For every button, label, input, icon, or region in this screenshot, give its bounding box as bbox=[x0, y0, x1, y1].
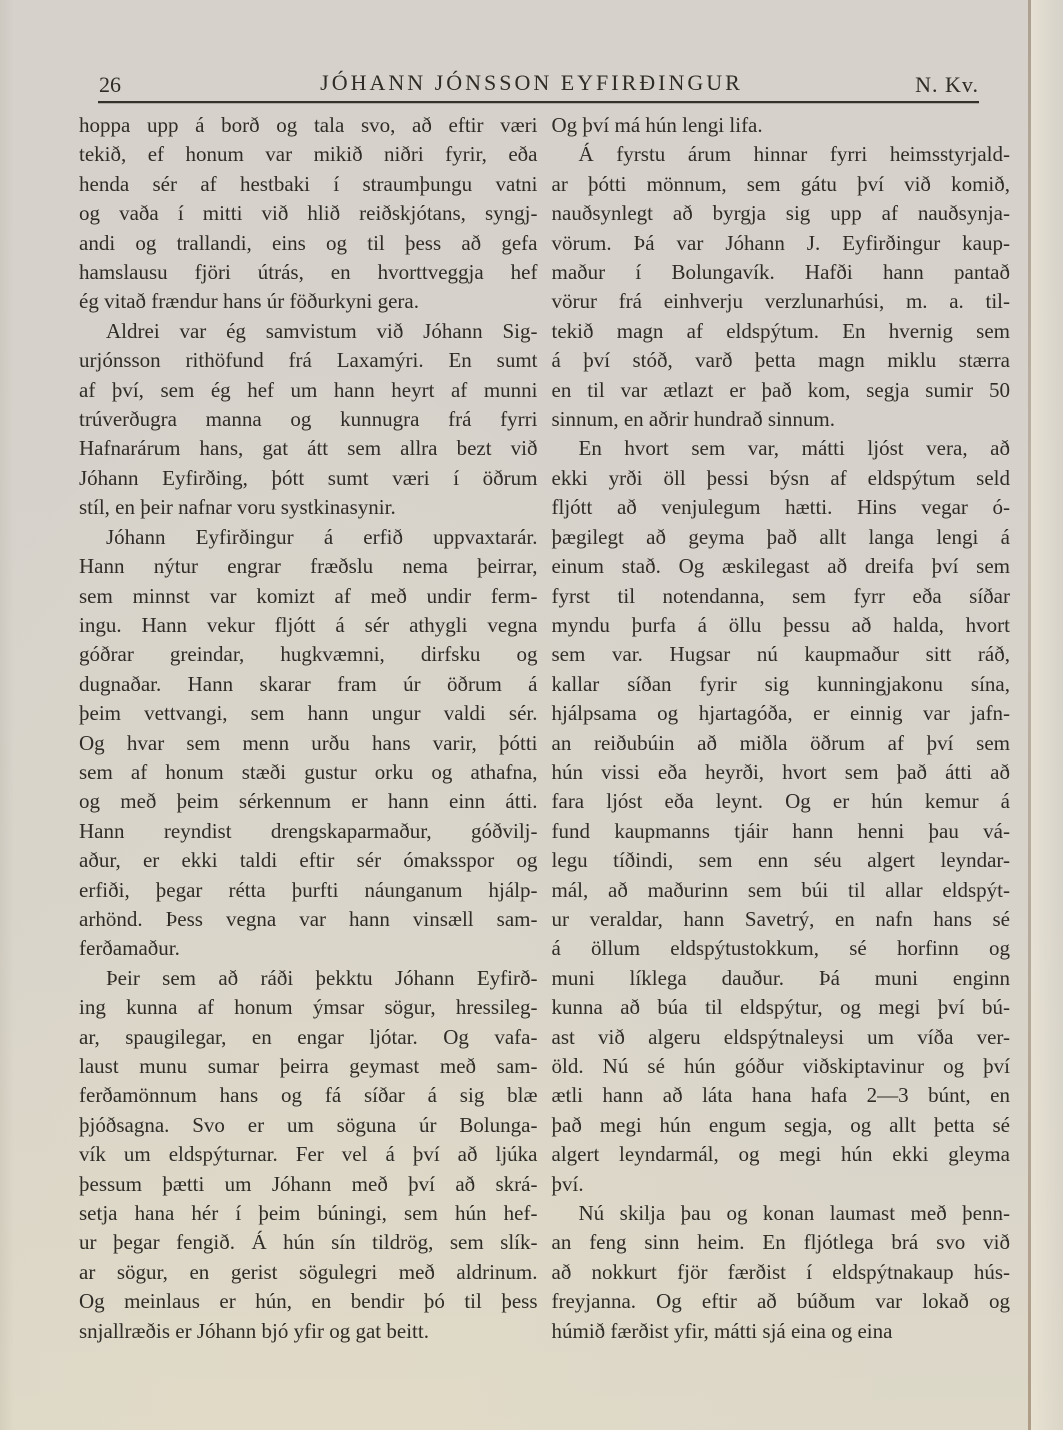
text-line: ast við algeru eldspýtnaleysi um víða ve… bbox=[552, 1023, 1011, 1052]
text-line: því. bbox=[552, 1170, 1011, 1199]
text-line: á öllum eldspýtustokkum, sé horfinn og bbox=[552, 934, 1011, 963]
text-line: húmið færðist yfir, mátti sjá eina og ei… bbox=[552, 1317, 1011, 1346]
text-line: hoppa upp á borð og tala svo, að eftir v… bbox=[79, 111, 538, 140]
text-line: fyrst til notendanna, sem fyrr eða síðar bbox=[552, 582, 1011, 611]
text-line: maður í Bolungavík. Hafði hann pantað bbox=[552, 258, 1011, 287]
text-line: legu tíðindi, sem enn séu algert leyndar… bbox=[552, 846, 1011, 875]
paragraph: Þeir sem að ráði þekktu Jóhann Eyfirð-in… bbox=[79, 964, 538, 1346]
text-line: Og því má hún lengi lifa. bbox=[552, 111, 1011, 140]
text-line: En hvort sem var, mátti ljóst vera, að bbox=[552, 434, 1011, 463]
text-line: snjallræðis er Jóhann bjó yfir og gat be… bbox=[79, 1317, 538, 1346]
header-rule bbox=[98, 101, 979, 103]
paragraph: Á fyrstu árum hinnar fyrri heimsstyrjald… bbox=[552, 140, 1011, 434]
text-line: ar sögur, en gerist sögulegri með aldrin… bbox=[79, 1258, 538, 1287]
journal-abbreviation: N. Kv. bbox=[915, 72, 979, 98]
text-line: kunna að búa til eldspýtur, og megi því … bbox=[552, 993, 1011, 1022]
text-line: ingu. Hann vekur fljótt á sér athygli ve… bbox=[79, 611, 538, 640]
text-line: vík um eldspýturnar. Fer vel á því að lj… bbox=[79, 1140, 538, 1169]
text-line: nauðsynlegt að byrgja sig upp af nauðsyn… bbox=[552, 199, 1011, 228]
paragraph: Nú skilja þau og konan laumast með þenn-… bbox=[552, 1199, 1011, 1346]
text-line: stíl, en þeir nafnar voru systkinasynir. bbox=[79, 493, 538, 522]
text-line: andi og trallandi, eins og til þess að g… bbox=[79, 229, 538, 258]
text-line: erfiði, þegar rétta þurfti náunganum hjá… bbox=[79, 876, 538, 905]
text-line: tekið, ef honum var mikið niðri fyrir, e… bbox=[79, 140, 538, 169]
text-line: henda sér af hestbaki í straumþungu vatn… bbox=[79, 170, 538, 199]
text-line: þægilegt að geyma það allt langa lengi á bbox=[552, 523, 1011, 552]
text-line: að nokkurt fjör færðist í eldspýtnakaup … bbox=[552, 1258, 1011, 1287]
text-line: setja hana hér í þeim búningi, sem hún h… bbox=[79, 1199, 538, 1228]
text-line: Hafnarárum hans, gat átt sem allra bezt … bbox=[79, 434, 538, 463]
text-line: ætli hann að láta hana hafa 2—3 búnt, en bbox=[552, 1081, 1011, 1110]
paragraph: Og því má hún lengi lifa. bbox=[552, 111, 1011, 140]
text-line: ferðamönnum hans og fá síðar á sig blæ bbox=[79, 1081, 538, 1110]
text-line: laust munu sumar þeirra geymast með sam- bbox=[79, 1052, 538, 1081]
text-line: an feng sinn heim. En fljótlega brá svo … bbox=[552, 1228, 1011, 1257]
left-column: hoppa upp á borð og tala svo, að eftir v… bbox=[79, 111, 538, 1346]
text-line: kallar síðan fyrir sig kunningjakonu sín… bbox=[552, 670, 1011, 699]
text-line: ar, spaugilegar, en engar ljótar. Og vaf… bbox=[79, 1023, 538, 1052]
text-line: af því, sem ég hef um hann heyrt af munn… bbox=[79, 376, 538, 405]
text-line: ing kunna af honum ýmsar sögur, hressile… bbox=[79, 993, 538, 1022]
text-line: öld. Nú sé hún góður viðskiptavinur og þ… bbox=[552, 1052, 1011, 1081]
text-line: vörur frá einhverju verzlunarhúsi, m. a.… bbox=[552, 287, 1011, 316]
text-line: mál, að maðurinn sem búi til allar eldsp… bbox=[552, 876, 1011, 905]
text-line: góðrar greindar, hugkvæmni, dirfsku og bbox=[79, 640, 538, 669]
paragraph: Jóhann Eyfirðingur á erfið uppvaxtarár.H… bbox=[79, 523, 538, 964]
text-line: á því stóð, varð þetta magn miklu stærra bbox=[552, 346, 1011, 375]
right-column: Og því má hún lengi lifa.Á fyrstu árum h… bbox=[552, 111, 1011, 1346]
text-line: hún vissi eða heyrði, hvort sem það átti… bbox=[552, 758, 1011, 787]
text-line: og vaða í mitti við hlið reiðskjótans, s… bbox=[79, 199, 538, 228]
text-line: Á fyrstu árum hinnar fyrri heimsstyrjald… bbox=[552, 140, 1011, 169]
text-line: dugnaðar. Hann skarar fram úr öðrum á bbox=[79, 670, 538, 699]
text-line: Aldrei var ég samvistum við Jóhann Sig- bbox=[79, 317, 538, 346]
text-line: fund kaupmanns tjáir hann henni þau vá- bbox=[552, 817, 1011, 846]
text-line: ur þegar fengið. Á hún sín tildrög, sem … bbox=[79, 1228, 538, 1257]
text-line: Jóhann Eyfirðing, þótt sumt væri í öðrum bbox=[79, 464, 538, 493]
text-line: ar þótti mönnum, sem gátu því við komið, bbox=[552, 170, 1011, 199]
text-line: tekið magn af eldspýtum. En hvernig sem bbox=[552, 317, 1011, 346]
text-line: urjónsson rithöfund frá Laxamýri. En sum… bbox=[79, 346, 538, 375]
text-line: Og meinlaus er hún, en bendir þó til þes… bbox=[79, 1287, 538, 1316]
running-header-title: JÓHANN JÓNSSON EYFIRÐINGUR bbox=[0, 70, 1063, 96]
text-line: myndu þurfa á öllu þessu að halda, hvort bbox=[552, 611, 1011, 640]
text-line: Þeir sem að ráði þekktu Jóhann Eyfirð- bbox=[79, 964, 538, 993]
text-line: fljótt að venjulegum hætti. Hins vegar ó… bbox=[552, 493, 1011, 522]
text-line: ég vitað frændur hans úr föðurkyni gera. bbox=[79, 287, 538, 316]
text-line: Jóhann Eyfirðingur á erfið uppvaxtarár. bbox=[79, 523, 538, 552]
text-line: fara ljóst eða leynt. Og er hún kemur á bbox=[552, 787, 1011, 816]
text-line: ur veraldar, hann Savetrý, en nafn hans … bbox=[552, 905, 1011, 934]
text-line: algert leyndarmál, og megi hún ekki gley… bbox=[552, 1140, 1011, 1169]
text-line: en til var ætlazt er það kom, segja sumi… bbox=[552, 376, 1011, 405]
text-line: arhönd. Þess vegna var hann vinsæll sam- bbox=[79, 905, 538, 934]
text-line: það megi hún engum segja, og allt þetta … bbox=[552, 1111, 1011, 1140]
text-line: einum stað. Og æskilegast að dreifa því … bbox=[552, 552, 1011, 581]
text-line: hjálpsama og hjartagóða, er einnig var j… bbox=[552, 699, 1011, 728]
text-columns: hoppa upp á borð og tala svo, að eftir v… bbox=[79, 111, 1010, 1346]
text-line: freyjanna. Og eftir að búðum var lokað o… bbox=[552, 1287, 1011, 1316]
text-line: Hann nýtur engrar fræðslu nema þeirrar, bbox=[79, 552, 538, 581]
text-line: Hann reyndist drengskaparmaður, góðvilj- bbox=[79, 817, 538, 846]
text-line: þessum þætti um Jóhann með því að skrá- bbox=[79, 1170, 538, 1199]
text-line: sem af honum stæði gustur orku og athafn… bbox=[79, 758, 538, 787]
paragraph: Aldrei var ég samvistum við Jóhann Sig-u… bbox=[79, 317, 538, 523]
text-line: aður, er ekki taldi eftir sér ómaksspor … bbox=[79, 846, 538, 875]
text-line: trúverðugra manna og kunnugra frá fyrri bbox=[79, 405, 538, 434]
text-line: sem minnst var komizt af með undir ferm- bbox=[79, 582, 538, 611]
text-line: og með þeim sérkennum er hann einn átti. bbox=[79, 787, 538, 816]
text-line: þjóðsagna. Svo er um söguna úr Bolunga- bbox=[79, 1111, 538, 1140]
text-line: ferðamaður. bbox=[79, 934, 538, 963]
text-line: þeim vettvangi, sem hann ungur valdi sér… bbox=[79, 699, 538, 728]
text-line: vörum. Þá var Jóhann J. Eyfirðingur kaup… bbox=[552, 229, 1011, 258]
text-line: sinnum, en aðrir hundrað sinnum. bbox=[552, 405, 1011, 434]
text-line: Nú skilja þau og konan laumast með þenn- bbox=[552, 1199, 1011, 1228]
text-line: Og hvar sem menn urðu hans varir, þótti bbox=[79, 729, 538, 758]
text-line: sem var. Hugsar nú kaupmaður sitt ráð, bbox=[552, 640, 1011, 669]
text-line: an reiðubúin að miðla öðrum af því sem bbox=[552, 729, 1011, 758]
scanned-book-page: 26 JÓHANN JÓNSSON EYFIRÐINGUR N. Kv. hop… bbox=[0, 0, 1063, 1430]
text-line: muni líklega dauður. Þá muni enginn bbox=[552, 964, 1011, 993]
page-edge bbox=[1031, 0, 1063, 1430]
text-line: ekki yrði öll þessi býsn af eldspýtum se… bbox=[552, 464, 1011, 493]
paragraph: hoppa upp á borð og tala svo, að eftir v… bbox=[79, 111, 538, 317]
text-line: hamslausu fjöri útrás, en hvorttveggja h… bbox=[79, 258, 538, 287]
paragraph: En hvort sem var, mátti ljóst vera, aðek… bbox=[552, 434, 1011, 1199]
